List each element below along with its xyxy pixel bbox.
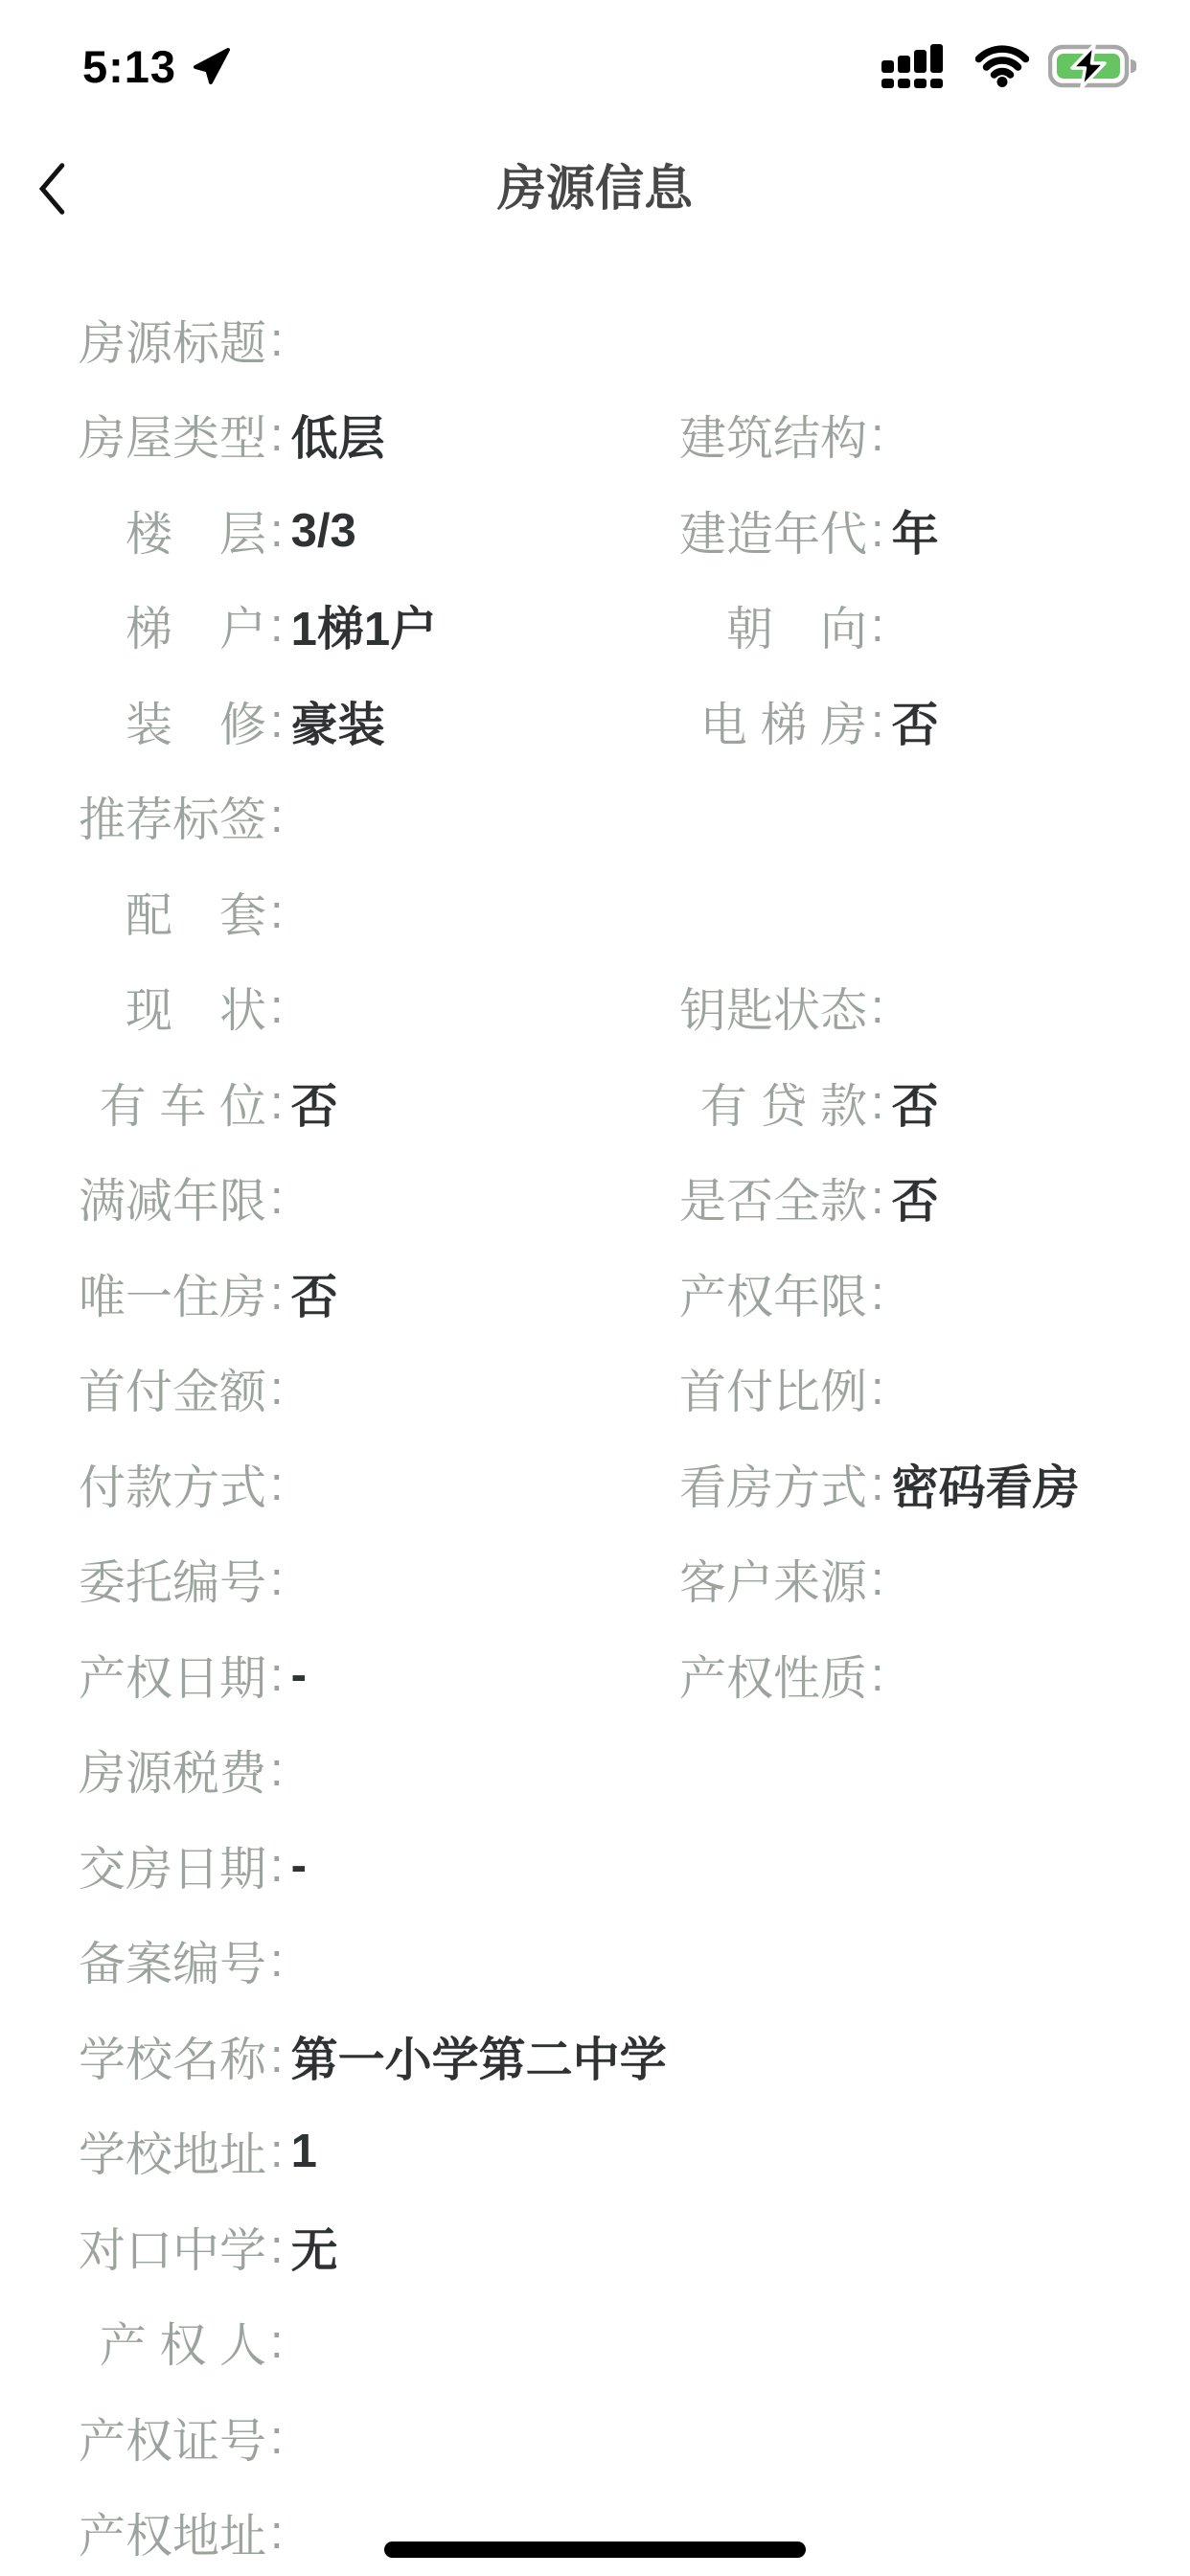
middle-school-value: 无 — [291, 2214, 338, 2281]
field-facilities: 配 套: — [73, 879, 674, 946]
entrust-no-colon: : — [270, 1552, 284, 1606]
recommend-tags-label: 推荐标签 — [73, 783, 266, 850]
field-property-cert-no: 产权证号: — [73, 2404, 674, 2472]
property-address-label: 产权地址 — [73, 2499, 266, 2566]
tax-free-years-label: 满减年限 — [73, 1164, 266, 1231]
wifi-icon — [975, 45, 1029, 87]
key-status-colon: : — [871, 980, 884, 1034]
property-years-colon: : — [871, 1267, 884, 1321]
decoration-label: 装 修 — [73, 688, 266, 755]
battery-charging-icon — [1048, 44, 1136, 88]
field-parking: 有 车 位:否 — [73, 1069, 674, 1137]
page-title: 房源信息 — [0, 142, 1190, 236]
field-decoration: 装 修:豪装 — [73, 688, 674, 755]
orientation-colon: : — [871, 599, 884, 653]
cellular-signal-icon — [880, 44, 956, 88]
field-row: 交房日期:- — [0, 1818, 1190, 1914]
school-address-colon: : — [270, 2125, 284, 2178]
field-delivery-date: 交房日期:- — [73, 1832, 674, 1899]
field-orientation: 朝 向: — [674, 592, 892, 659]
payment-method-colon: : — [270, 1458, 284, 1511]
down-payment-ratio-colon: : — [871, 1362, 884, 1415]
recommend-tags-colon: : — [270, 790, 284, 843]
parking-value: 否 — [291, 1069, 338, 1137]
property-nature-label: 产权性质 — [674, 1642, 867, 1709]
field-row: 产 权 人: — [0, 2295, 1190, 2391]
floor-value: 3/3 — [291, 504, 356, 558]
field-build-year: 建造年代:年 — [674, 497, 939, 564]
property-cert-no-colon: : — [270, 2411, 284, 2465]
key-status-label: 钥匙状态 — [674, 974, 867, 1041]
field-middle-school: 对口中学:无 — [73, 2214, 674, 2281]
full-payment-value: 否 — [892, 1164, 939, 1231]
field-house-type: 房屋类型:低层 — [73, 402, 674, 469]
field-loan: 有 贷 款:否 — [674, 1069, 939, 1137]
house-type-value: 低层 — [291, 402, 385, 469]
field-property-years: 产权年限: — [674, 1260, 892, 1327]
field-row: 现 状:钥匙状态: — [0, 960, 1190, 1056]
floor-label: 楼 层 — [73, 497, 266, 564]
listing-title-colon: : — [270, 313, 284, 367]
listing-title-label: 房源标题 — [73, 307, 266, 374]
build-year-value: 年 — [892, 497, 939, 564]
property-cert-no-label: 产权证号 — [73, 2404, 266, 2472]
field-full-payment: 是否全款:否 — [674, 1164, 939, 1231]
field-record-no: 备案编号: — [73, 1927, 674, 1994]
location-arrow-icon — [188, 44, 234, 90]
full-payment-label: 是否全款 — [674, 1164, 867, 1231]
units-per-floor-value: 1梯1户 — [291, 592, 438, 659]
property-date-value: - — [291, 1648, 307, 1702]
record-no-colon: : — [270, 1934, 284, 1988]
current-status-colon: : — [270, 980, 284, 1034]
build-year-colon: : — [871, 504, 884, 558]
viewing-method-colon: : — [871, 1458, 884, 1511]
field-listing-title: 房源标题: — [73, 307, 674, 374]
loan-label: 有 贷 款 — [674, 1069, 867, 1137]
tax-free-years-colon: : — [270, 1171, 284, 1225]
current-status-label: 现 状 — [73, 974, 266, 1041]
field-row: 产权证号: — [0, 2390, 1190, 2486]
field-property-date: 产权日期:- — [73, 1642, 674, 1709]
down-payment-ratio-label: 首付比例 — [674, 1355, 867, 1422]
house-type-label: 房屋类型 — [73, 402, 266, 469]
owner-colon: : — [270, 2315, 284, 2369]
field-down-payment-amount: 首付金额: — [73, 1355, 674, 1422]
loan-value: 否 — [892, 1069, 939, 1137]
nav-bar: 房源信息 — [0, 142, 1190, 236]
facilities-label: 配 套 — [73, 879, 266, 946]
entrust-no-label: 委托编号 — [73, 1546, 266, 1613]
only-house-colon: : — [270, 1267, 284, 1321]
status-bar: 5:13 — [0, 0, 1190, 105]
owner-label: 产 权 人 — [73, 2309, 266, 2376]
field-row: 推荐标签: — [0, 770, 1190, 865]
middle-school-colon: : — [270, 2220, 284, 2274]
field-listing-tax: 房源税费: — [73, 1736, 674, 1804]
listing-tax-label: 房源税费 — [73, 1736, 266, 1804]
down-payment-amount-label: 首付金额 — [73, 1355, 266, 1422]
field-school-name: 学校名称:第一小学第二中学 — [73, 2023, 674, 2090]
full-payment-colon: : — [871, 1171, 884, 1225]
building-structure-label: 建筑结构 — [674, 402, 867, 469]
field-row: 房源税费: — [0, 1723, 1190, 1819]
units-per-floor-label: 梯 户 — [73, 592, 266, 659]
school-name-label: 学校名称 — [73, 2023, 266, 2090]
delivery-date-label: 交房日期 — [73, 1832, 266, 1899]
only-house-label: 唯一住房 — [73, 1260, 266, 1327]
loan-colon: : — [871, 1076, 884, 1130]
property-date-colon: : — [270, 1648, 284, 1702]
house-type-colon: : — [270, 408, 284, 462]
field-payment-method: 付款方式: — [73, 1451, 674, 1518]
parking-label: 有 车 位 — [73, 1069, 266, 1137]
facilities-colon: : — [270, 885, 284, 939]
viewing-method-value: 密码看房 — [892, 1451, 1080, 1518]
field-customer-source: 客户来源: — [674, 1546, 892, 1613]
only-house-value: 否 — [291, 1260, 338, 1327]
field-row: 满减年限:是否全款:否 — [0, 1151, 1190, 1247]
field-row: 配 套: — [0, 864, 1190, 960]
field-elevator: 电 梯 房:否 — [674, 688, 939, 755]
field-row: 房屋类型:低层建筑结构: — [0, 388, 1190, 484]
field-row: 对口中学:无 — [0, 2199, 1190, 2295]
field-property-nature: 产权性质: — [674, 1642, 892, 1709]
decoration-value: 豪装 — [291, 688, 385, 755]
field-row: 装 修:豪装电 梯 房:否 — [0, 674, 1190, 770]
field-current-status: 现 状: — [73, 974, 674, 1041]
school-name-value: 第一小学第二中学 — [291, 2023, 667, 2090]
field-row: 有 车 位:否有 贷 款:否 — [0, 1055, 1190, 1151]
elevator-colon: : — [871, 695, 884, 748]
floor-colon: : — [270, 504, 284, 558]
middle-school-label: 对口中学 — [73, 2214, 266, 2281]
customer-source-label: 客户来源 — [674, 1546, 867, 1613]
field-entrust-no: 委托编号: — [73, 1546, 674, 1613]
field-floor: 楼 层:3/3 — [73, 497, 674, 564]
field-row: 首付金额:首付比例: — [0, 1342, 1190, 1437]
viewing-method-label: 看房方式 — [674, 1451, 867, 1518]
school-address-label: 学校地址 — [73, 2118, 266, 2185]
property-info-form: 房源标题:房屋类型:低层建筑结构:楼 层:3/3建造年代:年梯 户:1梯1户朝 … — [0, 292, 1190, 2576]
back-button[interactable] — [29, 157, 75, 220]
payment-method-label: 付款方式 — [73, 1451, 266, 1518]
chevron-left-icon — [34, 160, 69, 218]
field-recommend-tags: 推荐标签: — [73, 783, 674, 850]
delivery-date-value: - — [291, 1839, 307, 1893]
record-no-label: 备案编号 — [73, 1927, 266, 1994]
customer-source-colon: : — [871, 1552, 884, 1606]
decoration-colon: : — [270, 695, 284, 748]
field-row: 唯一住房:否产权年限: — [0, 1246, 1190, 1342]
units-per-floor-colon: : — [270, 599, 284, 653]
parking-colon: : — [270, 1076, 284, 1130]
property-years-label: 产权年限 — [674, 1260, 867, 1327]
field-row: 产权日期:-产权性质: — [0, 1627, 1190, 1723]
field-key-status: 钥匙状态: — [674, 974, 892, 1041]
field-row: 楼 层:3/3建造年代:年 — [0, 483, 1190, 579]
listing-tax-colon: : — [270, 1743, 284, 1797]
field-row: 产权地址: — [0, 2486, 1190, 2576]
field-row: 梯 户:1梯1户朝 向: — [0, 579, 1190, 675]
field-units-per-floor: 梯 户:1梯1户 — [73, 592, 674, 659]
school-name-colon: : — [270, 2030, 284, 2083]
orientation-label: 朝 向 — [674, 592, 867, 659]
field-row: 委托编号:客户来源: — [0, 1532, 1190, 1628]
building-structure-colon: : — [871, 408, 884, 462]
field-school-address: 学校地址:1 — [73, 2118, 674, 2185]
property-date-label: 产权日期 — [73, 1642, 266, 1709]
field-row: 学校名称:第一小学第二中学 — [0, 2009, 1190, 2104]
field-row: 备案编号: — [0, 1914, 1190, 2010]
delivery-date-colon: : — [270, 1839, 284, 1893]
build-year-label: 建造年代 — [674, 497, 867, 564]
status-time: 5:13 — [82, 40, 176, 93]
field-row: 付款方式:看房方式:密码看房 — [0, 1437, 1190, 1532]
field-viewing-method: 看房方式:密码看房 — [674, 1451, 1080, 1518]
field-row: 学校地址:1 — [0, 2104, 1190, 2200]
field-tax-free-years: 满减年限: — [73, 1164, 674, 1231]
field-building-structure: 建筑结构: — [674, 402, 892, 469]
field-down-payment-ratio: 首付比例: — [674, 1355, 892, 1422]
property-nature-colon: : — [871, 1648, 884, 1702]
school-address-value: 1 — [291, 2125, 317, 2178]
elevator-value: 否 — [892, 688, 939, 755]
elevator-label: 电 梯 房 — [674, 688, 867, 755]
down-payment-amount-colon: : — [270, 1362, 284, 1415]
property-address-colon: : — [270, 2506, 284, 2560]
field-only-house: 唯一住房:否 — [73, 1260, 674, 1327]
field-owner: 产 权 人: — [73, 2309, 674, 2376]
home-indicator[interactable] — [384, 2541, 806, 2558]
field-row: 房源标题: — [0, 292, 1190, 388]
